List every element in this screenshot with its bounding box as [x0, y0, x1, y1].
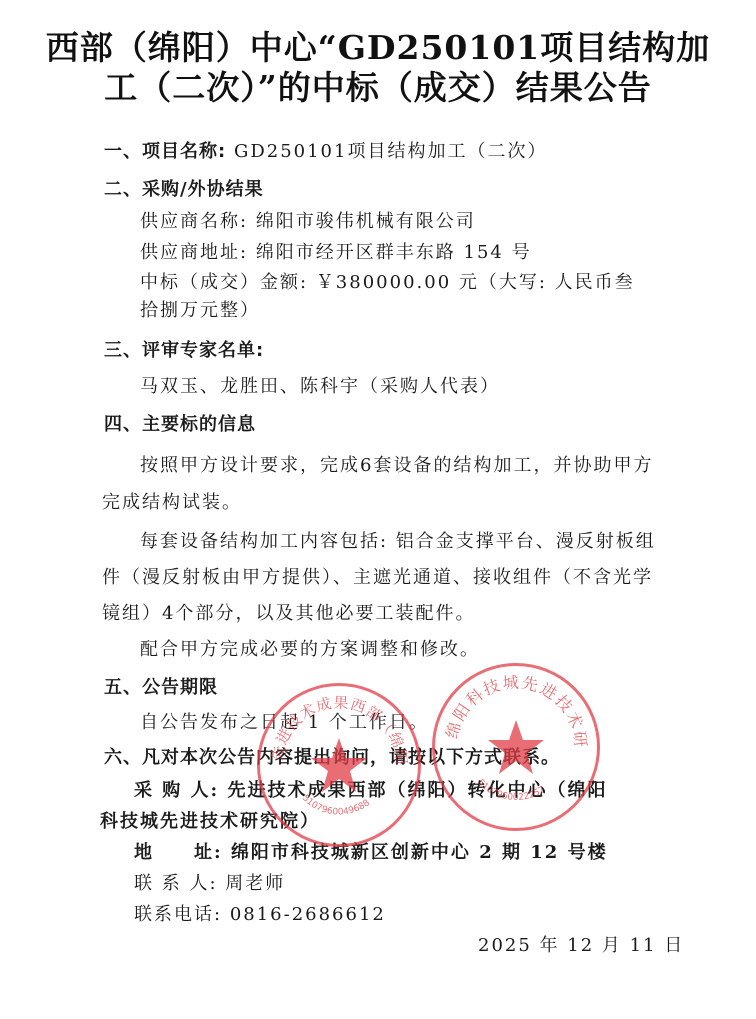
expert-list: 马双玉、龙胜田、陈科宇（采购人代表） [140, 372, 500, 398]
contact-person-value: 周老师 [225, 873, 285, 894]
supplier-address-value: 绵阳市经开区群丰东路 154 号 [256, 242, 532, 263]
info-paragraph-3: 配合甲方完成必要的方案调整和修改。 [140, 635, 480, 661]
document-title-line-2: 工（二次）”的中标（成交）结果公告 [0, 62, 756, 109]
section-1-heading: 一、项目名称: [104, 141, 226, 162]
info-paragraph-1-line-2: 完成结构试装。 [102, 488, 242, 514]
project-name-value: GD250101项目结构加工（二次） [234, 141, 548, 162]
section-5-heading: 五、公告期限 [104, 673, 218, 699]
seal-star-icon: 绵阳科技城先进技术研究院 5107960022257 [435, 666, 597, 828]
award-amount-row: 中标（成交）金额: ￥380000.00 元（大写: 人民币叁 [140, 268, 635, 294]
supplier-name-label: 供应商名称: [140, 211, 248, 232]
contact-address-value: 绵阳市科技城新区创新中心 2 期 12 号楼 [231, 842, 608, 863]
supplier-name-row: 供应商名称: 绵阳市骏伟机械有限公司 [140, 207, 476, 233]
section-project-name: 一、项目名称: GD250101项目结构加工（二次） [104, 137, 547, 163]
seal-star-icon: 先进技术成果西部（绵阳）转化中心 5107960049688 [260, 686, 418, 844]
info-paragraph-2-line-3: 镜组）4个部分，以及其他必要工装配件。 [102, 599, 475, 625]
contact-address-label: 地 址: [134, 842, 223, 863]
publish-date: 2025 年 12 月 11 日 [478, 931, 684, 957]
contact-person-label: 联 系 人: [134, 873, 218, 894]
official-seal-right: 绵阳科技城先进技术研究院 5107960022257 [432, 663, 600, 831]
info-paragraph-2-line-2: 件（漫反射板由甲方提供）、主遮光通道、接收组件（不含光学 [102, 563, 653, 589]
supplier-name-value: 绵阳市骏伟机械有限公司 [256, 211, 476, 232]
contact-phone-value: 0816-2686612 [230, 904, 386, 925]
award-amount-continued: 拾捌万元整） [140, 296, 260, 322]
info-paragraph-1-line-1: 按照甲方设计要求，完成6套设备的结构加工，并协助甲方 [140, 451, 653, 477]
svg-text:5107960049688: 5107960049688 [300, 793, 372, 817]
purchaser-label: 采 购 人: [134, 780, 219, 801]
info-paragraph-2-line-1: 每套设备结构加工内容包括: 铝合金支撑平台、漫反射板组 [140, 527, 656, 553]
award-amount-value: ￥380000.00 元（大写: 人民币叁 [316, 272, 635, 293]
section-4-heading: 四、主要标的信息 [104, 410, 256, 436]
contact-phone-row: 联系电话: 0816-2686612 [134, 900, 386, 926]
contact-phone-label: 联系电话: [134, 904, 222, 925]
official-seal-left: 先进技术成果西部（绵阳）转化中心 5107960049688 [257, 683, 421, 847]
supplier-address-label: 供应商地址: [140, 242, 248, 263]
section-2-heading: 二、采购/外协结果 [104, 175, 264, 201]
award-amount-label: 中标（成交）金额: [140, 272, 308, 293]
supplier-address-row: 供应商地址: 绵阳市经开区群丰东路 154 号 [140, 238, 532, 264]
svg-text:5107960022257: 5107960022257 [475, 778, 547, 803]
contact-person-row: 联 系 人: 周老师 [134, 869, 285, 895]
section-3-heading: 三、评审专家名单: [104, 336, 264, 362]
